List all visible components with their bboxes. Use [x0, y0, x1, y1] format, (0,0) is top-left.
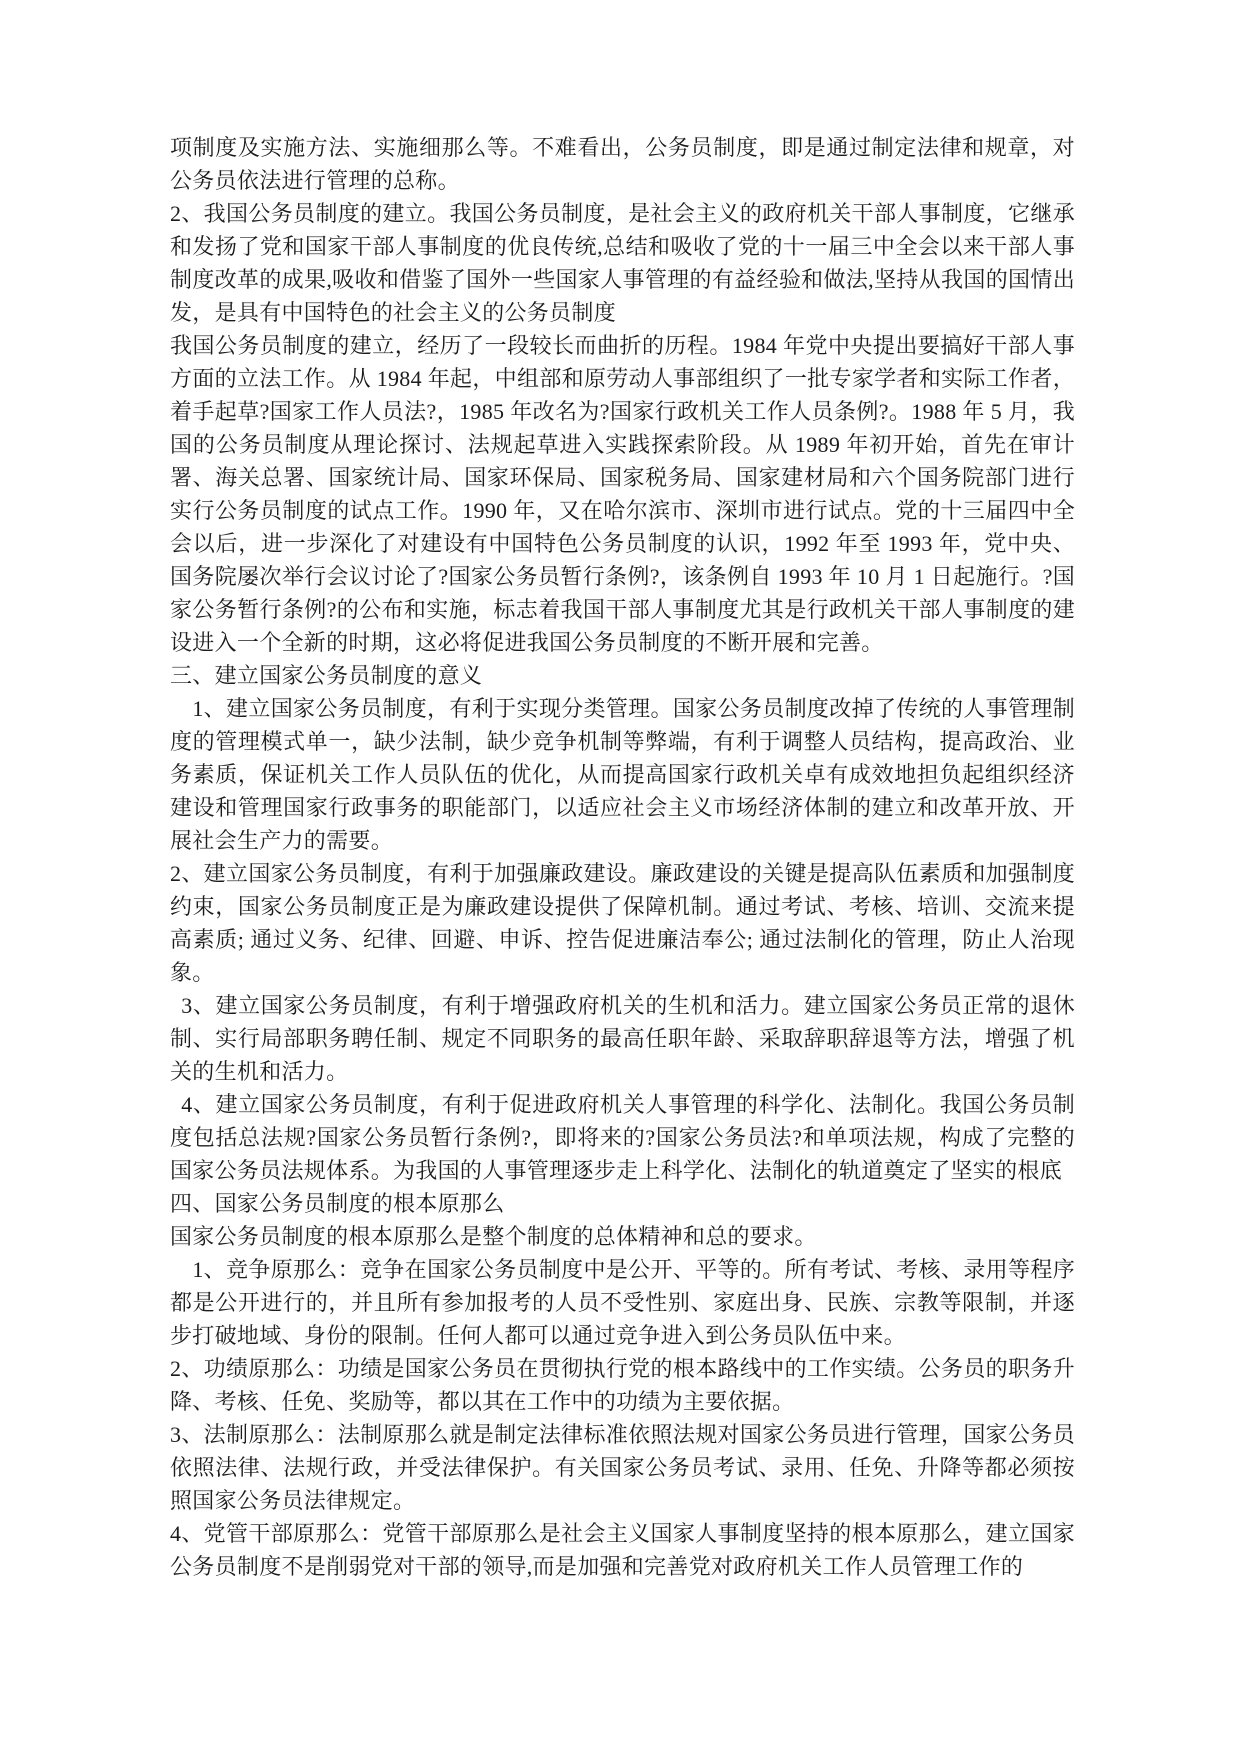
- section-heading: 四、国家公务员制度的根本原那么: [170, 1187, 1075, 1220]
- paragraph: 4、建立国家公务员制度，有利于促进政府机关人事管理的科学化、法制化。我国公务员制…: [170, 1088, 1075, 1187]
- paragraph: 2、建立国家公务员制度，有利于加强廉政建设。廉政建设的关键是提高队伍素质和加强制…: [170, 857, 1075, 989]
- document-body: 项制度及实施方法、实施细那么等。不难看出，公务员制度，即是通过制定法律和规章，对…: [170, 131, 1075, 1583]
- paragraph: 2、功绩原那么：功绩是国家公务员在贯彻执行党的根本路线中的工作实绩。公务员的职务…: [170, 1352, 1075, 1418]
- paragraph: 1、建立国家公务员制度，有利于实现分类管理。国家公务员制度改掉了传统的人事管理制…: [170, 692, 1075, 857]
- paragraph: 项制度及实施方法、实施细那么等。不难看出，公务员制度，即是通过制定法律和规章，对…: [170, 131, 1075, 197]
- paragraph: 3、法制原那么：法制原那么就是制定法律标准依照法规对国家公务员进行管理，国家公务…: [170, 1418, 1075, 1517]
- document-page: 项制度及实施方法、实施细那么等。不难看出，公务员制度，即是通过制定法律和规章，对…: [0, 0, 1241, 1754]
- paragraph: 国家公务员制度的根本原那么是整个制度的总体精神和总的要求。: [170, 1220, 1075, 1253]
- section-heading: 三、建立国家公务员制度的意义: [170, 659, 1075, 692]
- paragraph: 4、党管干部原那么：党管干部原那么是社会主义国家人事制度坚持的根本原那么，建立国…: [170, 1517, 1075, 1583]
- paragraph: 3、建立国家公务员制度，有利于增强政府机关的生机和活力。建立国家公务员正常的退休…: [170, 989, 1075, 1088]
- paragraph: 我国公务员制度的建立，经历了一段较长而曲折的历程。1984 年党中央提出要搞好干…: [170, 329, 1075, 659]
- paragraph: 2、我国公务员制度的建立。我国公务员制度，是社会主义的政府机关干部人事制度，它继…: [170, 197, 1075, 329]
- paragraph: 1、竞争原那么：竞争在国家公务员制度中是公开、平等的。所有考试、考核、录用等程序…: [170, 1253, 1075, 1352]
